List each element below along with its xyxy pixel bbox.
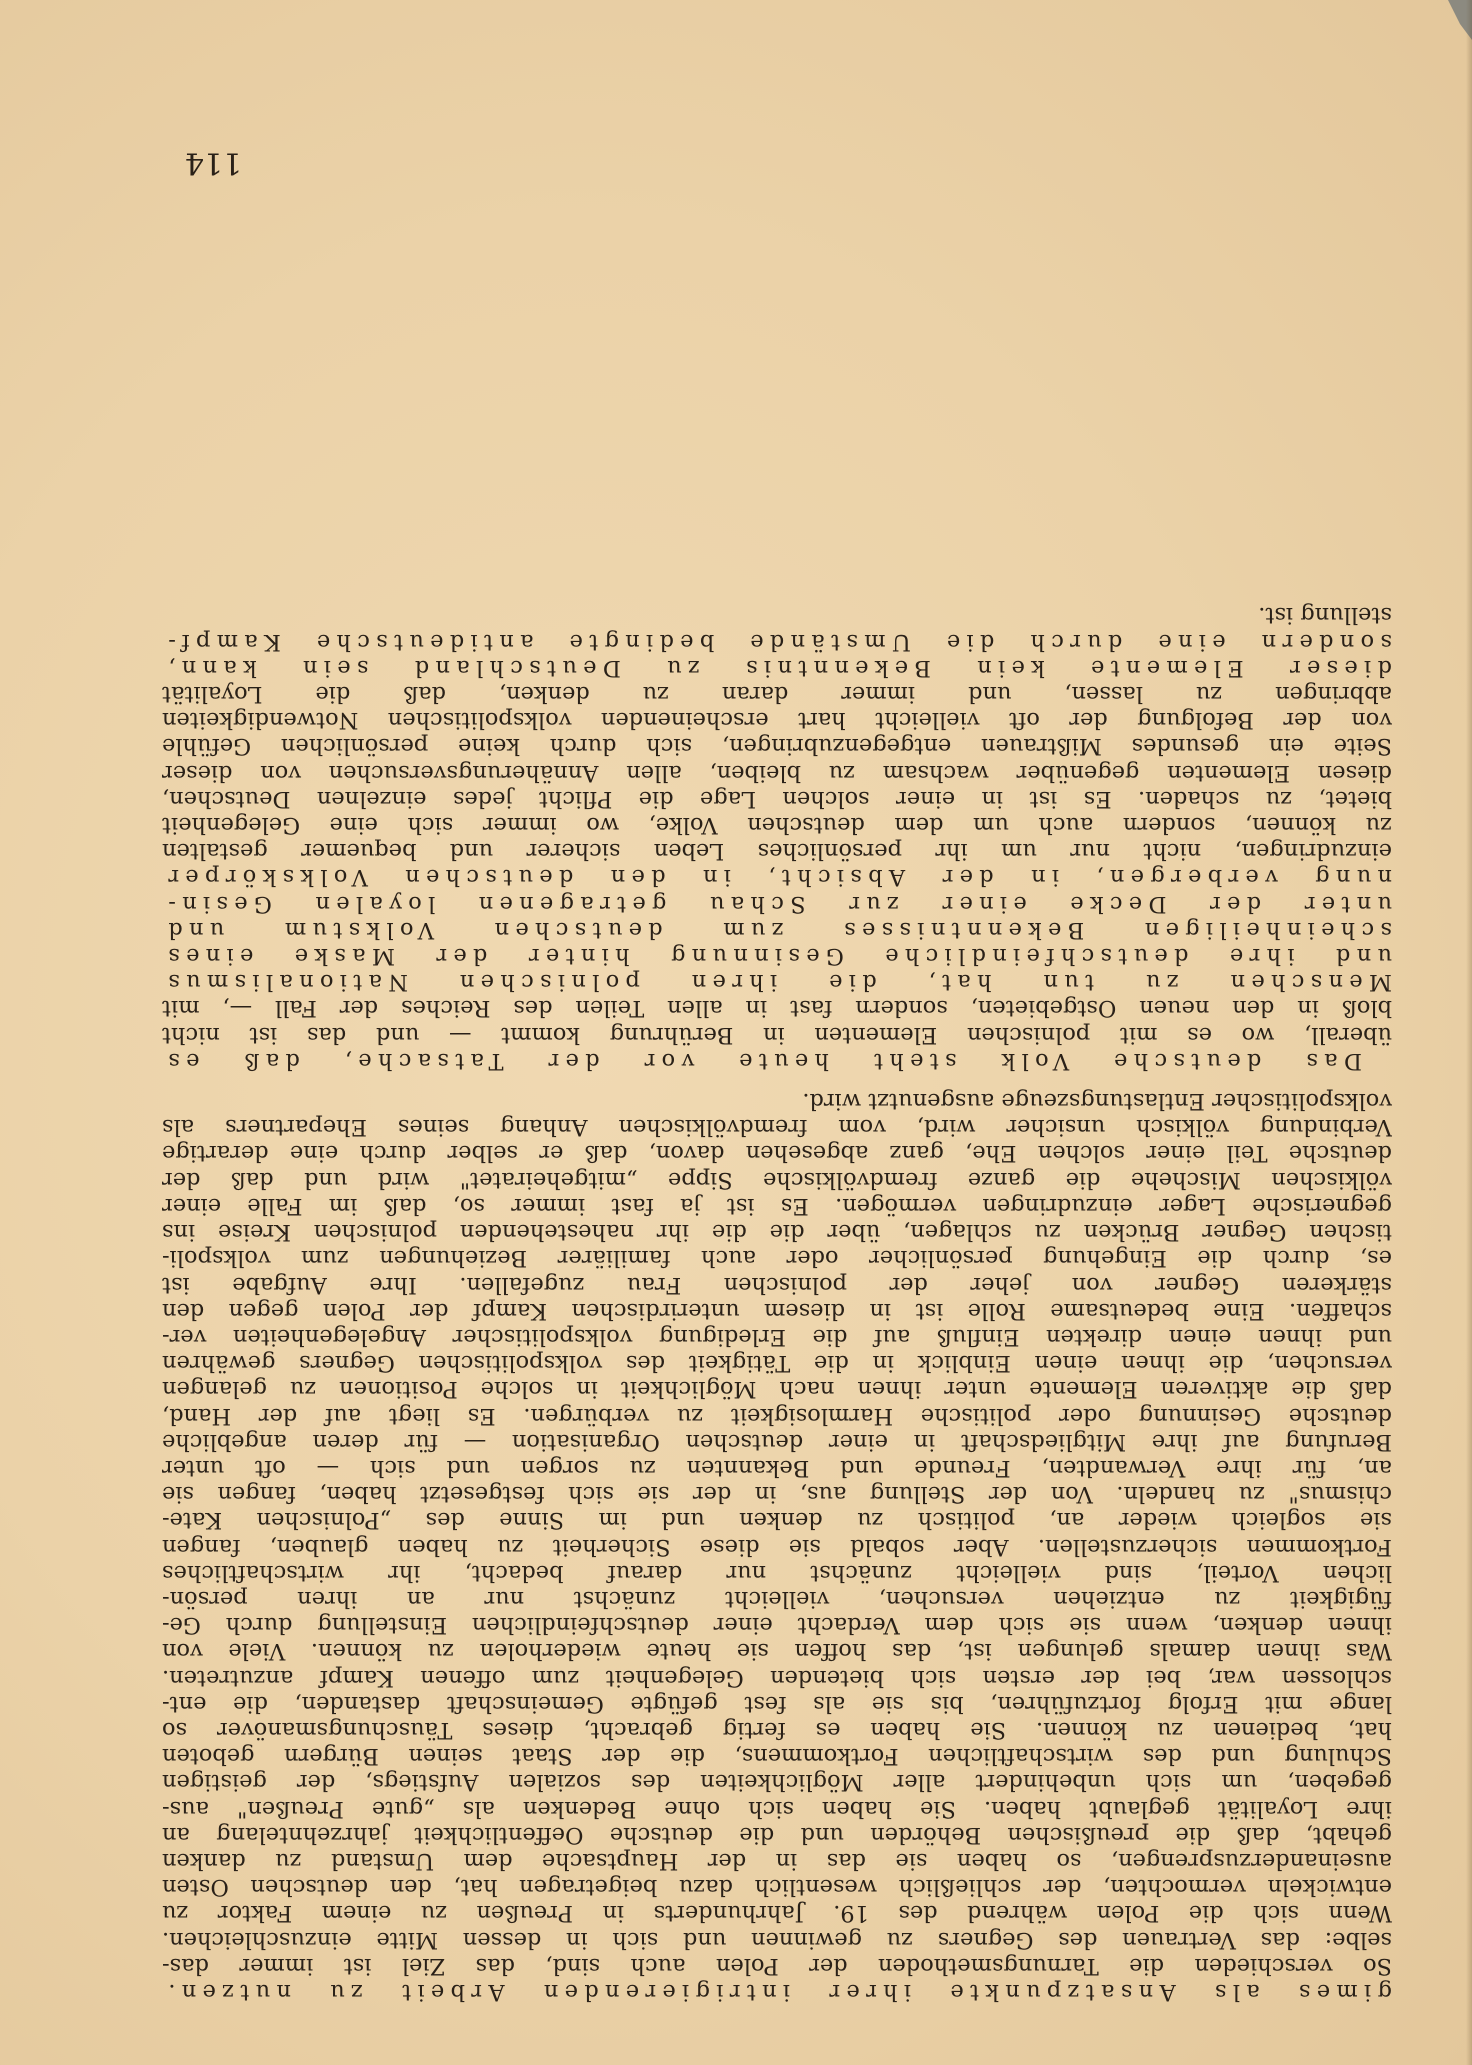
text-line: nung verbergen, in der Absicht, in den d… — [162, 864, 1392, 890]
text-line: ihnen denken, wenn sie sich dem Verdacht… — [162, 1612, 1392, 1638]
text-line: zu können, sondern auch um dem deutschen… — [162, 812, 1392, 838]
text-line: lichen Vorteil, sind vielleicht zunächst… — [162, 1560, 1392, 1586]
text-line: und ihre deutschfeindliche Gesinnung hin… — [162, 943, 1392, 969]
text-line: scheinheiligen Bekenntnisses zum deutsch… — [162, 917, 1392, 943]
text-line: Schulung und des wirtschaftlichen Fortko… — [162, 1743, 1392, 1769]
paragraph-1: gimes als Ansatzpunkte ihrer intrigieren… — [162, 1088, 1392, 2005]
text-line: stellung ist. — [162, 602, 1392, 628]
text-line: deutsche Gesinnung oder politische Harml… — [162, 1402, 1392, 1428]
text-line: stärkeren Gegner von jeher der polnische… — [162, 1271, 1392, 1297]
text-line: unter der Decke einer zur Schau getragen… — [162, 890, 1392, 916]
text-line: Menschen zu tun hat, die ihren polnische… — [162, 969, 1392, 995]
text-line: gimes als Ansatzpunkte ihrer intrigieren… — [162, 1979, 1392, 2005]
text-line: tischen Gegner Brücken zu schlagen, über… — [162, 1219, 1392, 1245]
page-number: 114 — [185, 145, 242, 180]
text-line: Verbindung völkisch unsicher wird, vom f… — [162, 1114, 1392, 1140]
text-line: gegeben, um sich unbehindert aller Mögli… — [162, 1769, 1392, 1795]
text-line: Seite ein gesundes Mißtrauen entgegenzub… — [162, 733, 1392, 759]
text-line: selbe: das Vertrauen des Gegners zu gewi… — [162, 1926, 1392, 1952]
text-line: sie sogleich wieder an, politisch zu den… — [162, 1507, 1392, 1533]
text-line: chismus" zu handeln. Von der Stellung au… — [162, 1481, 1392, 1507]
text-line: bietet, zu schaden. Es ist in einer solc… — [162, 786, 1392, 812]
text-line: So verschieden die Tarnungsmethoden der … — [162, 1953, 1392, 1979]
text-line: Was ihnen damals gelungen ist, das hoffe… — [162, 1638, 1392, 1664]
text-line: daß die aktiveren Elemente unter ihnen n… — [162, 1376, 1392, 1402]
text-line: abbringen zu lassen, und immer daran zu … — [162, 681, 1392, 707]
text-line: einzudringen, nicht nur um ihr persönlic… — [162, 838, 1392, 864]
text-line: entwickeln vermochten, der schließlich w… — [162, 1874, 1392, 1900]
text-line: Das deutsche Volk steht heute vor der Ta… — [162, 1048, 1392, 1074]
text-line: gehabt, daß die preußischen Behörden und… — [162, 1822, 1392, 1848]
text-line: lange mit Erfolg fortzuführen, bis sie a… — [162, 1691, 1392, 1717]
text-line: überall, wo es mit polnischen Elementen … — [162, 1021, 1392, 1047]
text-line: deutsche Teil einer solchen Ehe, ganz ab… — [162, 1140, 1392, 1166]
text-line: dieser Elemente kein Bekenntnis zu Deuts… — [162, 655, 1392, 681]
rotated-page-content: gimes als Ansatzpunkte ihrer intrigieren… — [0, 0, 1472, 2065]
text-line: versuchen, die ihnen einen Einblick in d… — [162, 1350, 1392, 1376]
text-line: Berufung auf ihre Mitgliedschaft in eine… — [162, 1429, 1392, 1455]
text-line: Fortkommen sicherzustellen. Aber sobald … — [162, 1533, 1392, 1559]
text-line: völkischen Mischehe die ganze fremdvölki… — [162, 1167, 1392, 1193]
text-line: volkspolitischer Entlastungszeuge ausgen… — [162, 1088, 1392, 1114]
text-line: schaffen. Eine bedeutsame Rolle ist in d… — [162, 1298, 1392, 1324]
body-text: gimes als Ansatzpunkte ihrer intrigieren… — [162, 602, 1392, 2005]
text-line: an, für ihre Verwandten, Freunde und Bek… — [162, 1455, 1392, 1481]
text-line: sondern eine durch die Umstände bedingte… — [162, 628, 1392, 654]
text-line: auseinanderzusprengen, so haben sie das … — [162, 1848, 1392, 1874]
text-line: ihre Loyalität geglaubt haben. Sie haben… — [162, 1795, 1392, 1821]
text-line: Wenn sich die Polen während des 19. Jahr… — [162, 1900, 1392, 1926]
text-line: und ihnen einen direkten Einfluß auf die… — [162, 1324, 1392, 1350]
text-line: es, durch die Eingehung persönlicher ode… — [162, 1245, 1392, 1271]
text-line: bloß in den neuen Ostgebieten, sondern f… — [162, 995, 1392, 1021]
text-line: von der Befolgung der oft vielleicht har… — [162, 707, 1392, 733]
text-line: gegnerische Lager einzudringen vermögen.… — [162, 1193, 1392, 1219]
text-line: schlossen war, bei der ersten sich biete… — [162, 1664, 1392, 1690]
text-line: diesen Elementen gegenüber wachsam zu bl… — [162, 759, 1392, 785]
paragraph-2: Das deutsche Volk steht heute vor der Ta… — [162, 602, 1392, 1074]
text-line: hat, bedienen zu können. Sie haben es fe… — [162, 1717, 1392, 1743]
scanned-page: gimes als Ansatzpunkte ihrer intrigieren… — [0, 0, 1472, 2065]
text-line: fügigkeit zu entziehen versuchen, vielle… — [162, 1586, 1392, 1612]
